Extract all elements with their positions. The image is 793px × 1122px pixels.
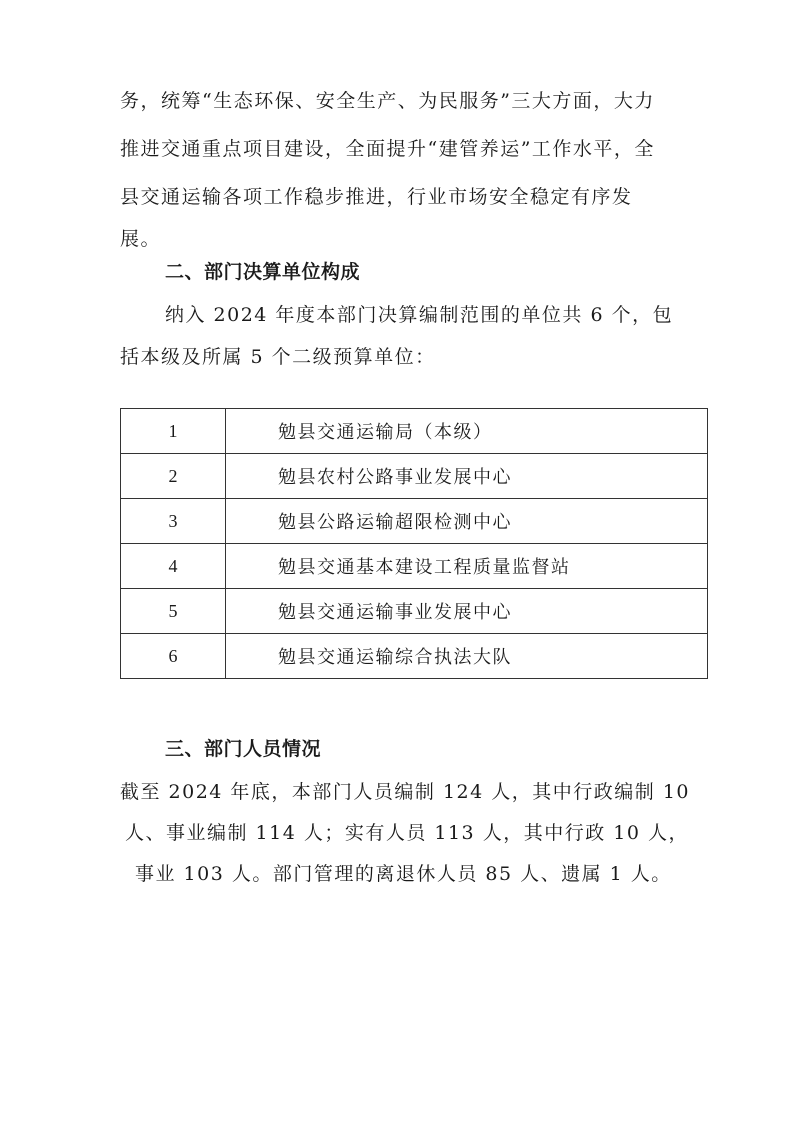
row-number: 3 [121,499,226,544]
table-row: 1 勉县交通运输局（本级） [121,409,708,454]
table-row: 3 勉县公路运输超限检测中心 [121,499,708,544]
section-heading-staff: 三、部门人员情况 [165,734,321,761]
unit-name: 勉县交通基本建设工程质量监督站 [226,544,708,589]
table-row: 6 勉县交通运输综合执法大队 [121,634,708,679]
intro-line-1: 务，统筹“生态环保、安全生产、为民服务”三大方面，大力 [120,86,655,113]
row-number: 4 [121,544,226,589]
table-row: 2 勉县农村公路事业发展中心 [121,454,708,499]
intro-line-3: 县交通运输各项工作稳步推进，行业市场安全稳定有序发 [120,182,633,209]
section-heading-units: 二、部门决算单位构成 [165,257,360,284]
units-table: 1 勉县交通运输局（本级） 2 勉县农村公路事业发展中心 3 勉县公路运输超限检… [120,408,708,679]
unit-name: 勉县交通运输事业发展中心 [226,589,708,634]
row-number: 5 [121,589,226,634]
staff-paragraph-line-2: 人、事业编制 114 人；实有人员 113 人，其中行政 10 人， [125,818,689,845]
units-paragraph-line-2: 括本级及所属 5 个二级预算单位： [120,342,436,369]
table-row: 5 勉县交通运输事业发展中心 [121,589,708,634]
unit-name: 勉县交通运输局（本级） [226,409,708,454]
units-paragraph-line-1: 纳入 2024 年度本部门决算编制范围的单位共 6 个，包 [165,300,673,327]
unit-name: 勉县交通运输综合执法大队 [226,634,708,679]
staff-paragraph-line-1: 截至 2024 年底，本部门人员编制 124 人，其中行政编制 10 [120,777,690,804]
table-row: 4 勉县交通基本建设工程质量监督站 [121,544,708,589]
unit-name: 勉县农村公路事业发展中心 [226,454,708,499]
intro-line-2: 推进交通重点项目建设，全面提升“建管养运”工作水平，全 [120,134,655,161]
staff-paragraph-line-3: 事业 103 人。部门管理的离退休人员 85 人、遗属 1 人。 [135,859,672,886]
intro-line-4: 展。 [120,224,161,251]
row-number: 6 [121,634,226,679]
row-number: 2 [121,454,226,499]
row-number: 1 [121,409,226,454]
unit-name: 勉县公路运输超限检测中心 [226,499,708,544]
